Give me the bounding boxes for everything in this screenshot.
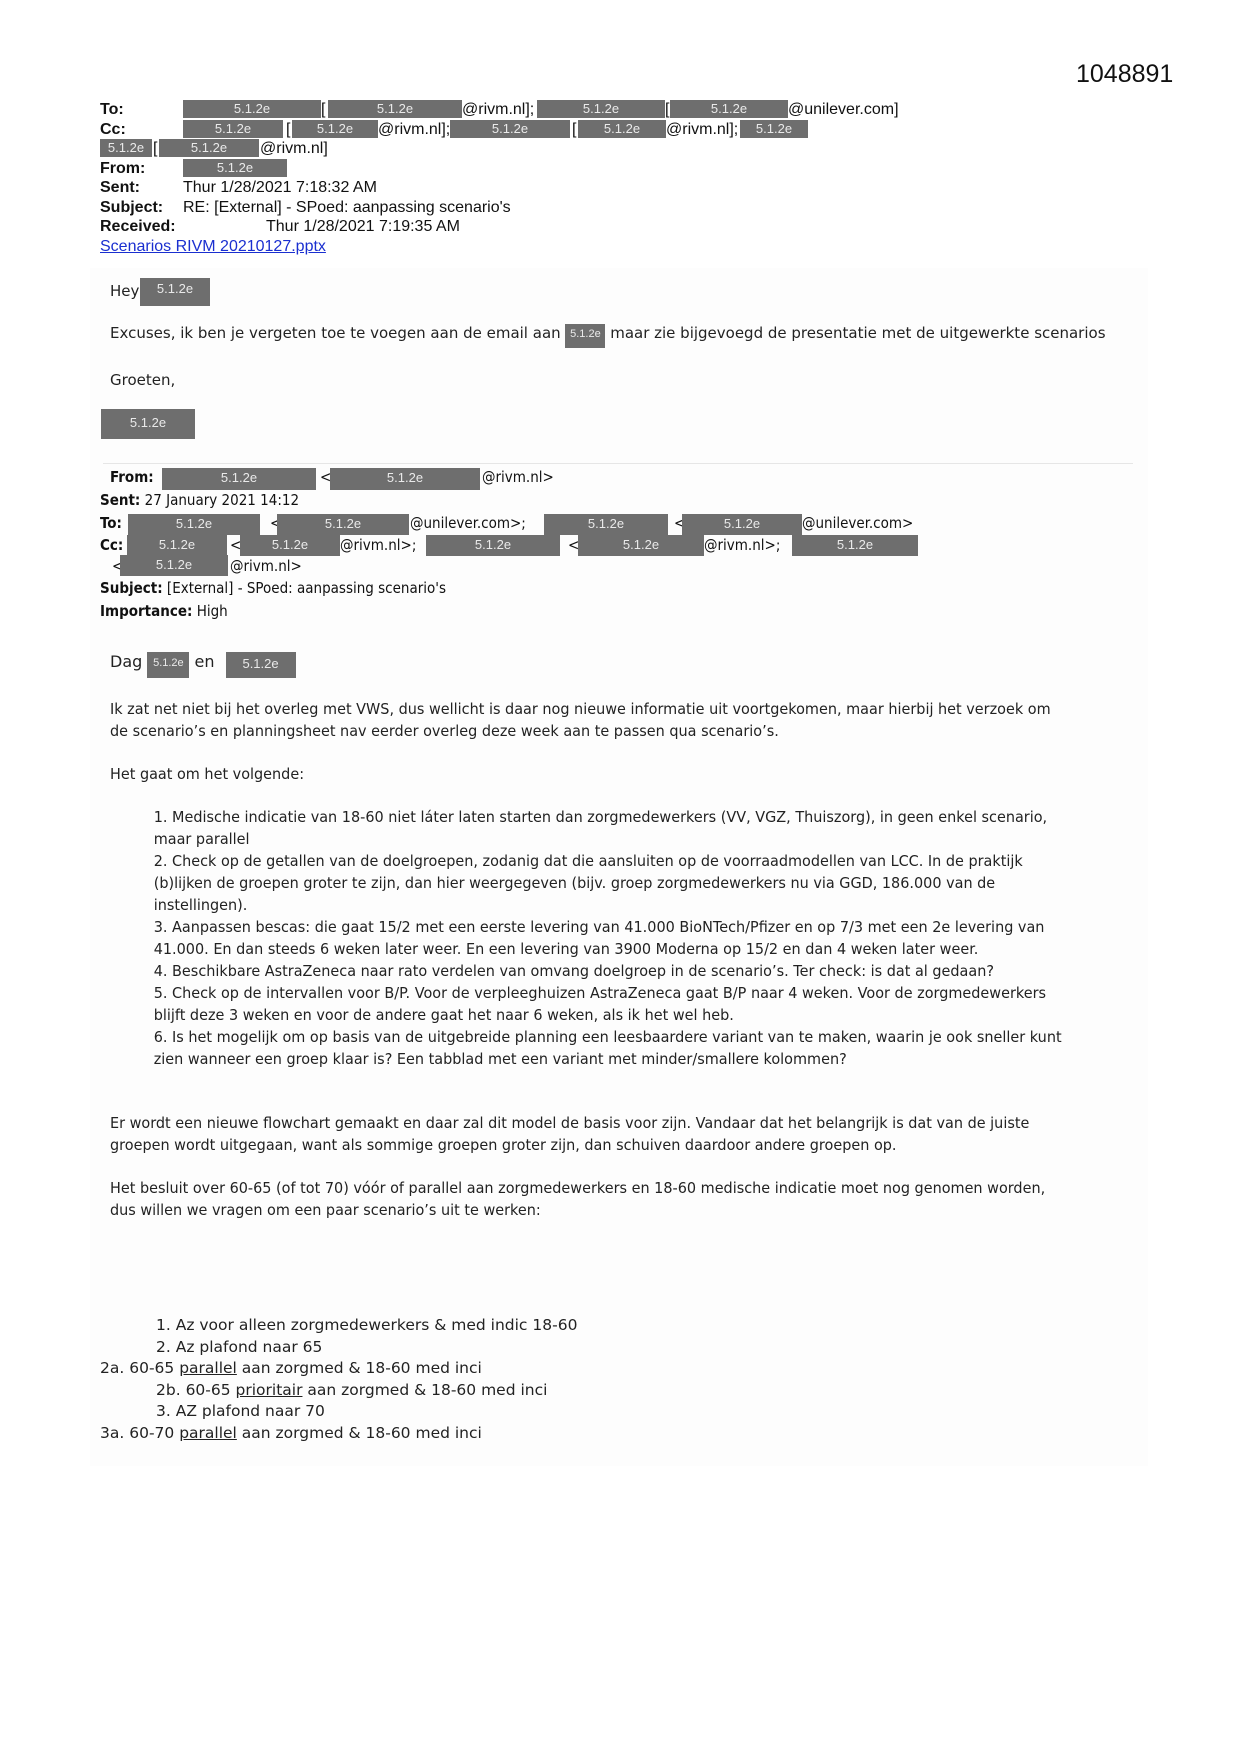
sent-label: Sent: <box>100 178 182 198</box>
from-label: From: <box>100 159 182 179</box>
redaction: 5.1.2e <box>159 139 259 157</box>
forwarded-header: From: 5.1.2e < 5.1.2e @rivm.nl> Sent: 27… <box>100 466 446 623</box>
reply-line-b: maar zie bijgevoegd de presentatie met d… <box>610 324 1105 342</box>
scenario-item: 3. AZ plafond naar 70 <box>100 1401 577 1423</box>
sent-value: Thur 1/28/2021 7:18:32 AM <box>183 178 377 198</box>
body-greeting: Dag 5.1.2e en 5.1.2e <box>110 652 296 678</box>
fwd-sent-value: 27 January 2021 14:12 <box>145 491 299 509</box>
subject-label: Subject: <box>100 198 182 218</box>
fwd-cc-domain: @rivm.nl>; <box>704 535 780 555</box>
fwd-cc-row-cont: < 5.1.2e @rivm.nl> <box>100 555 446 577</box>
fwd-subject-row: Subject: [External] - SPoed: aanpassing … <box>100 577 446 600</box>
to-label: To: <box>100 100 182 120</box>
redaction: 5.1.2e <box>792 535 918 556</box>
fwd-importance-row: Importance: High <box>100 600 446 623</box>
fwd-importance-label: Importance: <box>100 602 192 620</box>
redaction-signature: 5.1.2e <box>101 409 195 439</box>
reply-closing: Groeten, <box>110 371 175 389</box>
fwd-cc-label: Cc: <box>100 536 123 554</box>
subject-value: RE: [External] - SPoed: aanpassing scena… <box>183 198 511 218</box>
email-header: To: 5.1.2e [ 5.1.2e @rivm.nl]; 5.1.2e [ … <box>100 100 326 256</box>
sent-row: Sent: Thur 1/28/2021 7:18:32 AM <box>100 178 326 198</box>
redaction: 5.1.2e <box>127 535 227 556</box>
scenario-list: 1. Az voor alleen zorgmedewerkers & med … <box>100 1315 577 1444</box>
from-row: From: 5.1.2e <box>100 159 326 179</box>
fwd-sent-row: Sent: 27 January 2021 14:12 <box>100 489 446 512</box>
fwd-to-label: To: <box>100 514 122 532</box>
redaction: 5.1.2e <box>226 652 296 678</box>
cc-domain: @rivm.nl]; <box>666 120 738 140</box>
scenario-item: 3a. 60-70 parallel aan zorgmed & 18-60 m… <box>100 1423 577 1445</box>
redaction: 5.1.2e <box>544 514 668 535</box>
cc-row: Cc: 5.1.2e [ 5.1.2e @rivm.nl]; 5.1.2e [ … <box>100 120 326 140</box>
fwd-importance-value: High <box>197 602 228 620</box>
received-value: Thur 1/28/2021 7:19:35 AM <box>266 217 460 237</box>
body-text: Ik zat net niet bij het overleg met VWS,… <box>110 698 1068 1221</box>
to-row: To: 5.1.2e [ 5.1.2e @rivm.nl]; 5.1.2e [ … <box>100 100 326 120</box>
fwd-to-domain: @unilever.com>; <box>410 512 526 535</box>
redaction: 5.1.2e <box>740 120 808 138</box>
attachment-row: Scenarios RIVM 20210127.pptx <box>100 237 326 257</box>
redaction: 5.1.2e <box>682 514 802 535</box>
redaction: 5.1.2e <box>183 120 283 138</box>
cc-domain: @rivm.nl]; <box>378 120 450 140</box>
fwd-from-row: From: 5.1.2e < 5.1.2e @rivm.nl> <box>100 466 446 489</box>
fwd-cc-row: Cc: 5.1.2e < 5.1.2e @rivm.nl>; 5.1.2e < … <box>100 535 446 555</box>
list-item: 6. Is het mogelijk om op basis van de ui… <box>154 1026 1068 1070</box>
scenario-item: 1. Az voor alleen zorgmedewerkers & med … <box>100 1315 577 1337</box>
redaction: 5.1.2e <box>670 100 788 118</box>
list-item: 1. Medische indicatie van 18-60 niet lát… <box>154 806 1068 850</box>
redaction: 5.1.2e <box>140 278 210 306</box>
redaction: 5.1.2e <box>450 120 570 138</box>
scenario-item: 2a. 60-65 parallel aan zorgmed & 18-60 m… <box>100 1358 577 1380</box>
attachment-link[interactable]: Scenarios RIVM 20210127.pptx <box>100 238 326 255</box>
redaction: 5.1.2e <box>565 324 605 348</box>
redaction: 5.1.2e <box>537 100 665 118</box>
redaction: 5.1.2e <box>128 514 260 535</box>
list-item: 4. Beschikbare AstraZeneca naar rato ver… <box>154 960 1068 982</box>
body-list-intro: Het gaat om het volgende: <box>110 763 1068 785</box>
redaction: 5.1.2e <box>328 100 462 118</box>
to-domain: @rivm.nl]; <box>462 100 534 120</box>
fwd-subject-value: [External] - SPoed: aanpassing scenario'… <box>167 579 446 597</box>
fwd-cc-domain: @rivm.nl>; <box>340 535 416 555</box>
fwd-from-domain: @rivm.nl> <box>482 466 554 489</box>
list-item: 2. Check op de getallen van de doelgroep… <box>154 850 1068 916</box>
received-label: Received: <box>100 217 182 237</box>
redaction: 5.1.2e <box>120 555 228 576</box>
subject-row: Subject: RE: [External] - SPoed: aanpass… <box>100 198 326 218</box>
redaction: 5.1.2e <box>183 159 287 177</box>
redaction: 5.1.2e <box>426 535 560 556</box>
document-number: 1048891 <box>1076 60 1173 89</box>
redaction: 5.1.2e <box>100 139 152 157</box>
redaction: 5.1.2e <box>578 535 704 556</box>
fwd-to-row: To: 5.1.2e < 5.1.2e @unilever.com>; 5.1.… <box>100 512 446 535</box>
body-intro: Ik zat net niet bij het overleg met VWS,… <box>110 698 1068 742</box>
reply-greeting: Hey <box>110 282 139 300</box>
cc-label: Cc: <box>100 120 182 140</box>
scenario-item: 2b. 60-65 prioritair aan zorgmed & 18-60… <box>100 1380 577 1402</box>
redaction: 5.1.2e <box>240 535 340 556</box>
divider <box>103 463 1133 464</box>
redaction: 5.1.2e <box>578 120 666 138</box>
reply-line-a: Excuses, ik ben je vergeten toe te voege… <box>110 324 561 342</box>
redaction: 5.1.2e <box>277 514 409 535</box>
redaction: 5.1.2e <box>147 652 189 678</box>
to-domain: @unilever.com] <box>788 100 899 120</box>
redaction: 5.1.2e <box>292 120 378 138</box>
cc-row-cont: 5.1.2e [ 5.1.2e @rivm.nl] <box>100 139 326 159</box>
list-item: 3. Aanpassen bescas: die gaat 15/2 met e… <box>154 916 1068 960</box>
cc-domain: @rivm.nl] <box>260 139 328 159</box>
redaction: 5.1.2e <box>330 468 480 490</box>
redaction: 5.1.2e <box>162 468 316 490</box>
fwd-cc-domain: @rivm.nl> <box>230 555 302 577</box>
fwd-subject-label: Subject: <box>100 579 163 597</box>
body-decision: Het besluit over 60-65 (of tot 70) vóór … <box>110 1177 1068 1221</box>
request-list: 1. Medische indicatie van 18-60 niet lát… <box>110 806 1068 1070</box>
scenario-item: 2. Az plafond naar 65 <box>100 1337 577 1359</box>
redaction: 5.1.2e <box>183 100 321 118</box>
body-flowchart: Er wordt een nieuwe flowchart gemaakt en… <box>110 1112 1068 1156</box>
fwd-to-domain: @unilever.com> <box>802 512 913 535</box>
fwd-from-label: From: <box>110 468 154 486</box>
list-item: 5. Check op de intervallen voor B/P. Voo… <box>154 982 1068 1026</box>
received-row: Received: Thur 1/28/2021 7:19:35 AM <box>100 217 326 237</box>
fwd-sent-label: Sent: <box>100 491 140 509</box>
